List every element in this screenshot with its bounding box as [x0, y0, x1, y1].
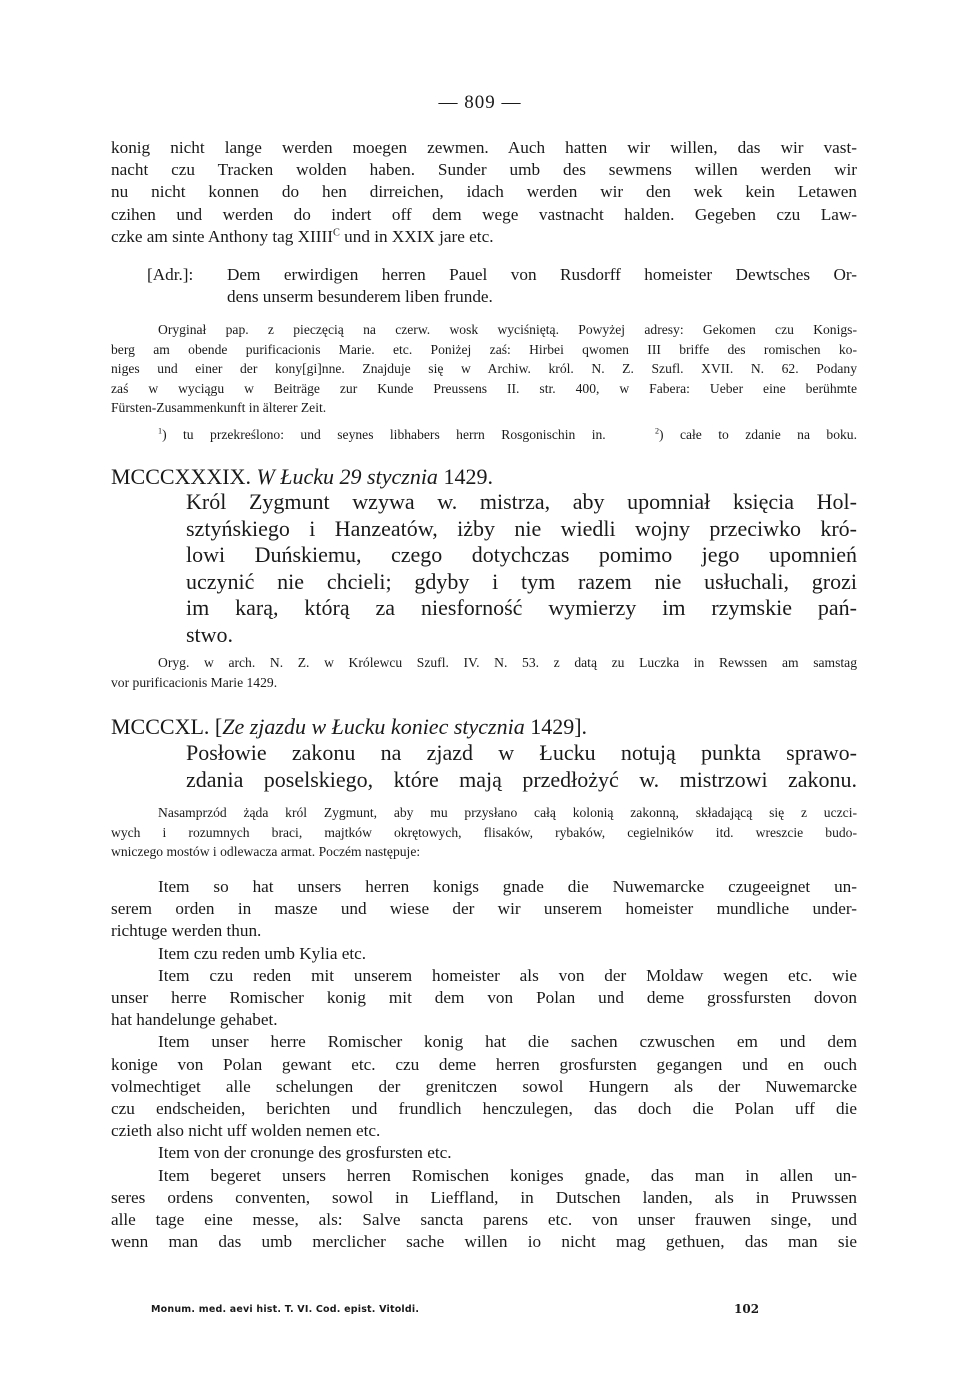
text-line: zaś w wyciągu w Beiträge zur Kunde Preus… — [111, 379, 857, 399]
summary-line: Posłowie zakonu na zjazd w Łucku notują … — [186, 740, 857, 767]
text-line: Item czu reden mit unserem homeister als… — [111, 965, 857, 987]
page-number: — 809 — — [0, 92, 960, 114]
text-line: hat handelunge gehabet. — [111, 1009, 857, 1031]
document-summary: Posłowie zakonu na zjazd w Łucku notują … — [186, 740, 857, 793]
text-line: nacht czu Tracken wolden haben. Sunder u… — [111, 159, 857, 181]
editorial-note: Nasamprzód żąda król Zygmunt, aby mu prz… — [111, 803, 857, 862]
letter-continuation: konig nicht lange werden moegen zewmen. … — [111, 137, 857, 248]
text-line: Item czu reden umb Kylia etc. — [111, 943, 857, 965]
document-year: 1429]. — [530, 714, 587, 739]
address-block: [Adr.]: Dem erwirdigen herren Pauel von … — [147, 264, 857, 308]
address-label: [Adr.]: — [147, 264, 193, 286]
document-place-date: Ze zjazdu w Łucku koniec stycznia — [222, 714, 524, 739]
summary-line: sztyńskiego i Hanzeatów, iżby nie wiedli… — [186, 516, 857, 543]
document-place-date: W Łucku 29 stycznia — [256, 464, 437, 489]
item-paragraph: Item so hat unsers herren konigs gnade d… — [111, 876, 857, 943]
document-number: MCCCXL. — [111, 714, 209, 739]
text-line: Item so hat unsers herren konigs gnade d… — [111, 876, 857, 898]
footnote-1: 1) tu przekreślono: und seynes libhabers… — [158, 427, 606, 442]
item-paragraph: Item begeret unsers herren Romischen kon… — [111, 1165, 857, 1254]
text-line: seres ordens conventen, sowol in Lieffla… — [111, 1187, 857, 1209]
document-summary: Król Zygmunt wzywa w. mistrza, aby upomn… — [186, 489, 857, 648]
item-paragraph: Item unser herre Romischer konig hat die… — [111, 1031, 857, 1142]
summary-line: Król Zygmunt wzywa w. mistrza, aby upomn… — [186, 489, 857, 516]
text-line: konig nicht lange werden moegen zewmen. … — [111, 137, 857, 159]
document-page: — 809 — konig nicht lange werden moegen … — [0, 0, 960, 1386]
summary-line: im karą, którą za niesforność wymierzy i… — [186, 595, 857, 622]
document-year: 1429. — [443, 464, 493, 489]
text-line: wenn man das umb merclicher sache willen… — [111, 1231, 857, 1253]
text-line: czke am sinte Anthony tag XIIIIC und in … — [111, 226, 857, 248]
text-line: serem orden in masze und wiese der wir u… — [111, 898, 857, 920]
text-line: richtuge werden thun. — [111, 920, 857, 942]
text-line: volmechtiget alle schelungen der grenitc… — [111, 1076, 857, 1098]
summary-line: uczynić nie chcieli; gdyby i tym razem n… — [186, 569, 857, 596]
series-footer: Monum. med. aevi hist. T. VI. Cod. epist… — [151, 1304, 419, 1315]
text-line: vor purificacionis Marie 1429. — [111, 673, 857, 693]
document-heading: MCCCXXXIX. W Łucku 29 stycznia 1429. — [111, 464, 857, 490]
document-body: Item so hat unsers herren konigs gnade d… — [111, 876, 857, 1253]
text-line: Item begeret unsers herren Romischen kon… — [111, 1165, 857, 1187]
text-line: wniczego mostów i odlewacza armat. Poczé… — [111, 842, 857, 862]
text-line: Item unser herre Romischer konig hat die… — [111, 1031, 857, 1053]
summary-line: lowi Duńskiemu, czego dotychczas pomimo … — [186, 542, 857, 569]
text-line: Item von der cronunge des grosfursten et… — [111, 1142, 857, 1164]
text-line: alle tage eine messe, als: Salve sancta … — [111, 1209, 857, 1231]
text-line: Oryginał pap. z pieczęcią na czerw. wosk… — [111, 320, 857, 340]
text-line: dens unserm besunderem liben frunde. — [227, 286, 857, 308]
summary-line: stwo. — [186, 622, 857, 649]
text-line: wych i rozumnych braci, majtków okrętowy… — [111, 823, 857, 843]
footnote-line: 1) tu przekreślono: und seynes libhabers… — [111, 425, 857, 445]
text-line: nu nicht konnen do hen dirreichen, idach… — [111, 181, 857, 203]
text-line: niges und einer der kony[gi]nne. Znajduj… — [111, 359, 857, 379]
footnotes: 1) tu przekreślono: und seynes libhabers… — [111, 425, 857, 445]
text-line: Nasamprzód żąda król Zygmunt, aby mu prz… — [111, 803, 857, 823]
editorial-note: Oryginał pap. z pieczęcią na czerw. wosk… — [111, 320, 857, 418]
text-line: berg am obende purificacionis Marie. etc… — [111, 340, 857, 360]
item-paragraph: Item czu reden mit unserem homeister als… — [111, 965, 857, 1032]
text-line: czu endscheiden, berichten und frundlich… — [111, 1098, 857, 1120]
archival-note: Oryg. w arch. N. Z. w Królewcu Szufl. IV… — [111, 653, 857, 692]
text-line: Oryg. w arch. N. Z. w Królewcu Szufl. IV… — [111, 653, 857, 673]
item-paragraph: Item von der cronunge des grosfursten et… — [111, 1142, 857, 1164]
text-line: czihen und werden do indert off dem wege… — [111, 204, 857, 226]
document-number: MCCCXXXIX. — [111, 464, 251, 489]
text-line: Dem erwirdigen herren Pauel von Rusdorff… — [227, 264, 857, 286]
document-heading: MCCCXL. [Ze zjazdu w Łucku koniec styczn… — [111, 714, 857, 740]
superscript: C — [333, 227, 340, 238]
summary-line: zdania poselskiego, które mają przedłoży… — [186, 767, 857, 794]
text-line: czieth also nicht uff wolden nemen etc. — [111, 1120, 857, 1142]
text-line: konige von Polan gewant etc. czu deme he… — [111, 1054, 857, 1076]
signature-mark: 102 — [734, 1302, 759, 1316]
footnote-2: 2) całe to zdanie na boku. — [655, 427, 857, 442]
text-line: Fürsten-Zusammenkunft in älterer Zeit. — [111, 398, 857, 418]
item-paragraph: Item czu reden umb Kylia etc. — [111, 943, 857, 965]
text-line: unser herre Romischer konig mit dem von … — [111, 987, 857, 1009]
